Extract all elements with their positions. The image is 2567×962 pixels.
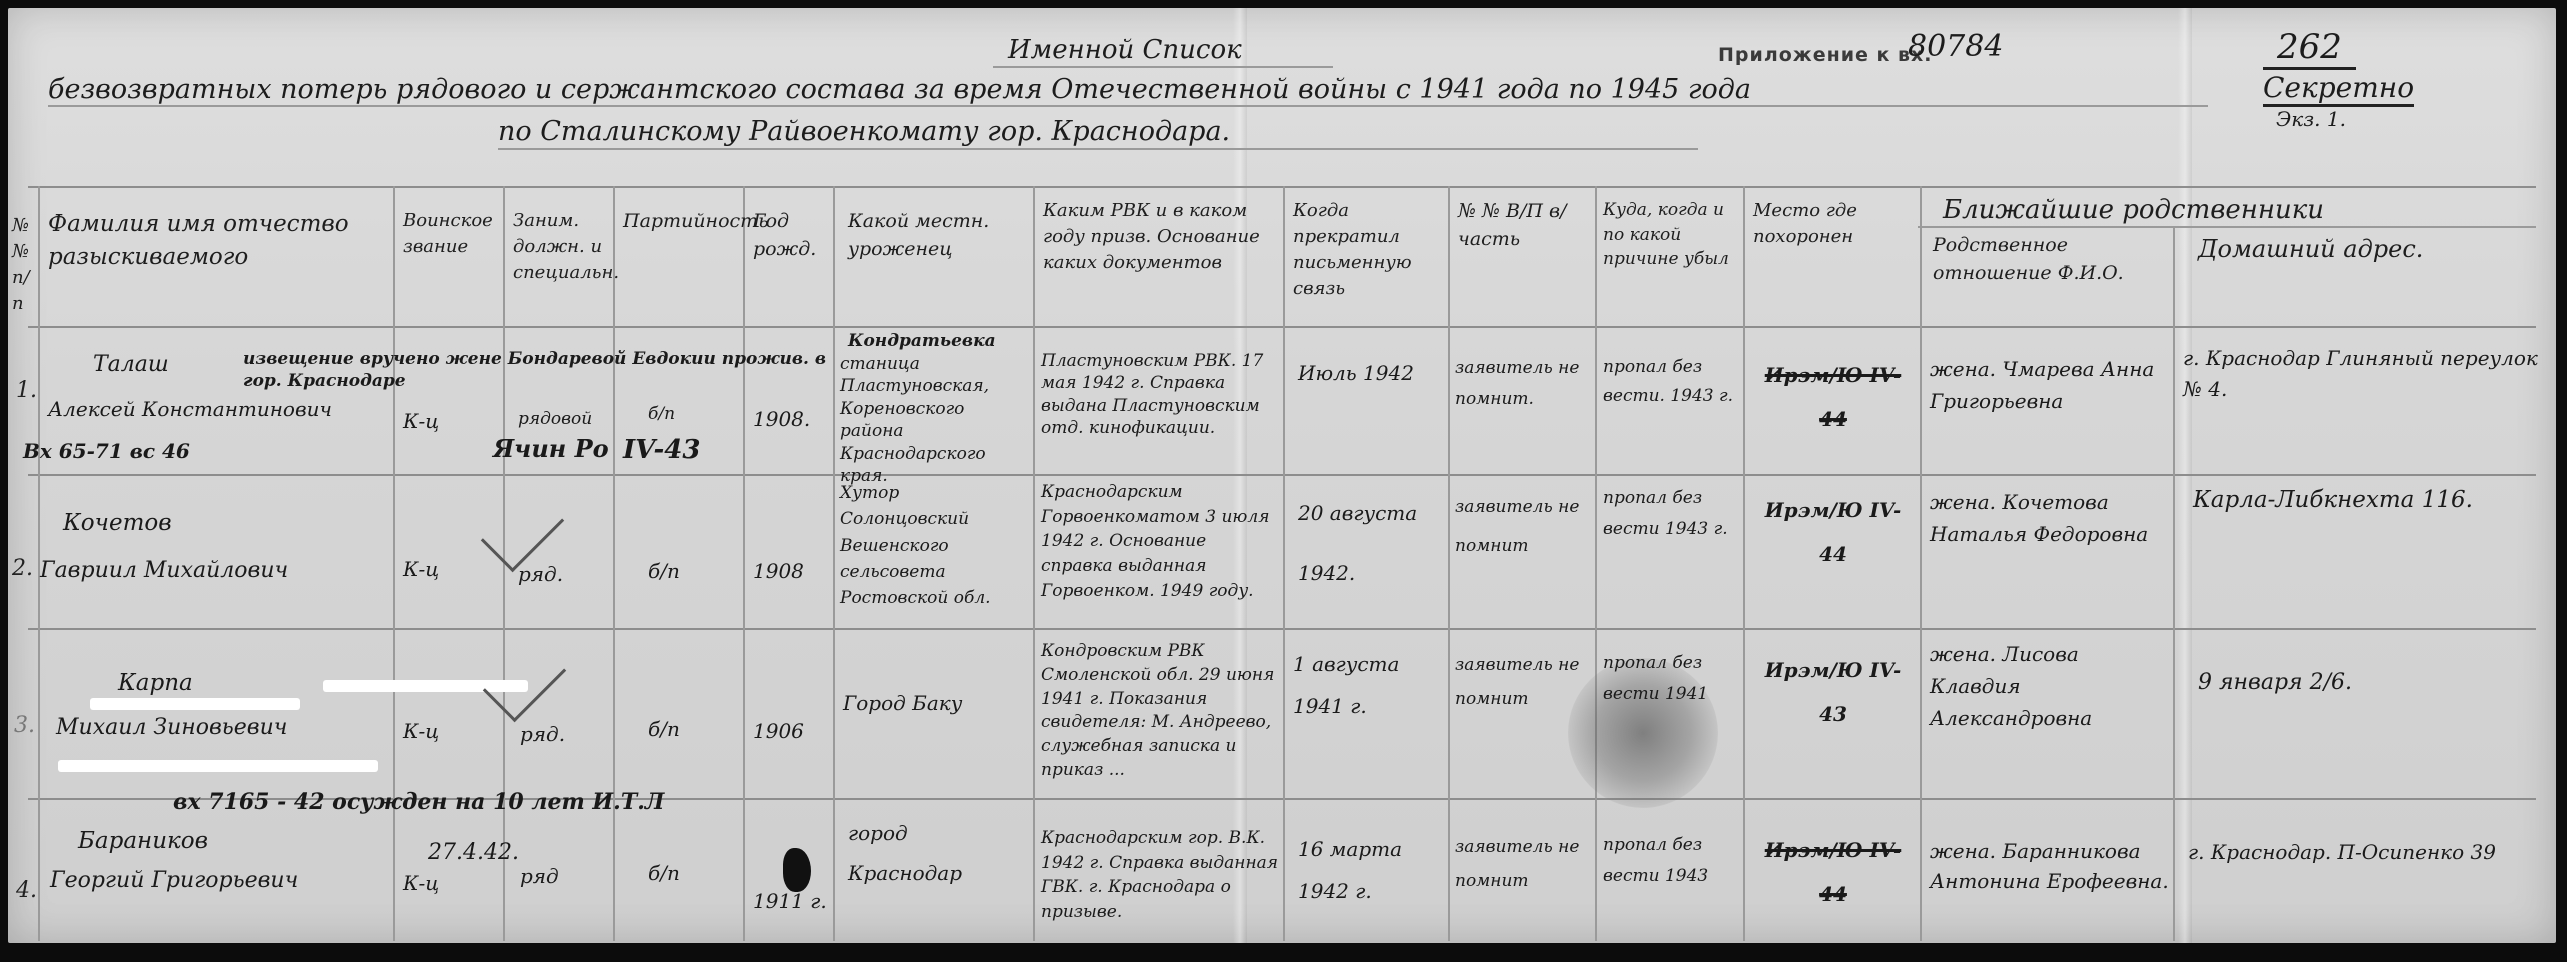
burial-place: Ирэм/Ю IV-44 (1753, 828, 1913, 916)
header-bottom-border (28, 326, 2536, 328)
birthplace: станица Пластуновская, Кореновского райо… (840, 353, 1030, 488)
draft-info: Кондровским РВК Смоленской обл. 29 июня … (1041, 640, 1281, 783)
last-contact: 16 марта 1942 г. (1298, 828, 1438, 912)
party: б/п (648, 403, 675, 425)
last-contact: 20 августа 1942. (1298, 483, 1438, 603)
loss-reason: пропал без вести 1943 г. (1603, 483, 1738, 544)
full-name: Гавриил Михайлович (40, 556, 288, 586)
rank: К-ц (403, 718, 439, 745)
rank: К-ц (403, 870, 439, 897)
stamp-number: 80784 (1908, 30, 2003, 65)
col-header-address: Домашний адрес. (2198, 232, 2528, 267)
birthplace: город Краснодар (848, 813, 1008, 893)
ruled-line (48, 105, 2208, 107)
home-address: 9 января 2/6. (2198, 668, 2538, 698)
unit: заявитель не помнит (1455, 488, 1593, 566)
birth-year: 1908. (753, 406, 810, 433)
relative: жена. Баранникова Антонина Ерофеевна. (1930, 836, 2170, 896)
draft-info: Краснодарским гор. В.К. 1942 г. Справка … (1041, 826, 1281, 925)
annotation-date: 27.4.42. (428, 838, 519, 868)
redaction-mark (90, 698, 300, 710)
col-header-birth-year: Год рожд. (753, 208, 828, 263)
row-number: 2. (12, 556, 33, 581)
col-header-party: Партийность (623, 208, 738, 236)
col-header-loss: Куда, когда и по какой причине убыл (1603, 198, 1741, 272)
page-number: 262 (2263, 28, 2356, 70)
birthplace: Хутор Солонцовский Вешенского сельсовета… (840, 480, 1030, 612)
notification-annotation: извещение вручено жене Бондаревой Евдоки… (243, 348, 843, 393)
loss-reason: пропал без вести 1943 (1603, 830, 1738, 891)
unit: заявитель не помнит (1455, 830, 1593, 898)
header-line-1: безвозвратных потерь рядового и сержантс… (48, 74, 1751, 105)
relative: жена. Кочетова Наталья Федоровна (1930, 486, 2170, 550)
loss-reason: пропал без вести. 1943 г. (1603, 353, 1738, 411)
col-border (1920, 186, 1922, 941)
party: б/п (648, 558, 680, 585)
col-header-relative: Родственное отношение Ф.И.О. (1933, 232, 2168, 287)
col-border (1448, 186, 1450, 941)
col-header-draft: Каким РВК и в каком году призв. Основани… (1043, 198, 1278, 276)
col-border (613, 186, 615, 941)
redaction-mark (58, 760, 378, 772)
row-number: 4. (16, 878, 37, 903)
col-header-position: Заним. должн. и специальн. (513, 208, 608, 286)
col-border (1033, 186, 1035, 941)
receipt-stamp: Приложение к вх. (1718, 44, 1933, 66)
surname: Карпа (118, 668, 193, 699)
draft-info: Краснодарским Горвоенкоматом 3 июля 1942… (1041, 480, 1281, 603)
col-header-burial: Место где похоронен (1753, 198, 1913, 250)
unit: заявитель не помнит. (1455, 353, 1593, 414)
list-title: Именной Список (1008, 36, 1242, 66)
row-divider (28, 474, 2536, 476)
row-number: 3. (14, 713, 35, 738)
birthplace: Город Баку (843, 688, 993, 718)
home-address: г. Краснодар. П-Осипенко 39 (2188, 836, 2528, 868)
checkmark-icon (483, 639, 566, 722)
col-header-relatives: Ближайшие родственники (1943, 192, 2503, 230)
home-address: г. Краснодар Глиняный переулок № 4. (2183, 343, 2543, 405)
position: ряд. (518, 561, 563, 588)
last-contact: Июль 1942 (1298, 353, 1438, 393)
col-border (1743, 186, 1745, 941)
rank: К-ц (403, 408, 439, 435)
title-underline (993, 66, 1333, 68)
position: ряд (520, 863, 559, 890)
full-name: Алексей Константинович (48, 396, 332, 423)
last-contact: 1 августа 1941 г. (1293, 643, 1443, 727)
birthplace-note: Кондратьевка (848, 330, 996, 352)
checkmark-icon (481, 489, 564, 572)
draft-info: Пластуновским РВК. 17 мая 1942 г. Справк… (1041, 350, 1281, 440)
rank: К-ц (403, 556, 439, 583)
col-border (833, 186, 835, 941)
col-header-name: Фамилия имя отчество разыскиваемого (48, 208, 378, 275)
col-border (743, 186, 745, 941)
burial-place: Ирэм/Ю IV-44 (1753, 488, 1913, 576)
full-name: Георгий Григорьевич (50, 866, 298, 896)
col-header-number: № № п/п (12, 213, 38, 317)
relative: жена. Чмарева Анна Григорьевна (1930, 353, 2170, 417)
party: б/п (648, 716, 680, 743)
ink-blot (783, 848, 811, 892)
loss-reason: пропал без вести 1941 (1603, 648, 1738, 709)
incoming-ref-annotation: вх 7165 - 42 осужден на 10 лет И.Т.Л (173, 788, 664, 818)
party: б/п (648, 860, 680, 887)
ruled-line (498, 148, 1698, 150)
relative: жена. Лисова Клавдия Александровна (1930, 638, 2170, 734)
surname: Кочетов (63, 508, 172, 539)
incoming-ref: Вх 65-71 вс 46 (23, 438, 190, 465)
classification-label: Секретно (2263, 72, 2414, 107)
header-line-2: по Сталинскому Райвоенкомату гор. Красно… (498, 116, 1230, 147)
col-border (2173, 226, 2175, 941)
col-header-birthplace: Какой местн. уроженец (848, 208, 1028, 263)
home-address: Карла-Либкнехта 116. (2193, 483, 2533, 518)
position: ряд. (520, 721, 565, 748)
document-sheet: Именной Список Приложение к вх. 80784 26… (8, 8, 2556, 943)
burial-place: Ирэм/Ю IV-44 (1753, 353, 1913, 441)
mark-annotation: Ячин Ро (493, 433, 609, 465)
surname: Талаш (93, 350, 169, 380)
col-border (1595, 186, 1597, 941)
birth-year: 1911 г. (753, 888, 827, 915)
col-header-rank: Воинское звание (403, 208, 498, 260)
col-border (393, 186, 395, 941)
full-name: Михаил Зиновьевич (56, 713, 287, 743)
row-number: 1. (16, 378, 37, 403)
position: рядовой (518, 408, 592, 430)
copy-number: Экз. 1. (2276, 108, 2346, 131)
birth-year: 1906 (753, 718, 804, 745)
burial-place: Ирэм/Ю IV-43 (1753, 648, 1913, 736)
birth-year: 1908 (753, 558, 804, 585)
col-header-unit: № № В/П в/часть (1458, 198, 1588, 253)
table-top-border (28, 186, 2536, 188)
row-divider (28, 628, 2536, 630)
surname: Бараников (78, 826, 208, 857)
col-border (1283, 186, 1285, 941)
annotation-date: IV-43 (623, 433, 700, 468)
col-header-last-contact: Когда прекратил письменную связь (1293, 198, 1443, 302)
